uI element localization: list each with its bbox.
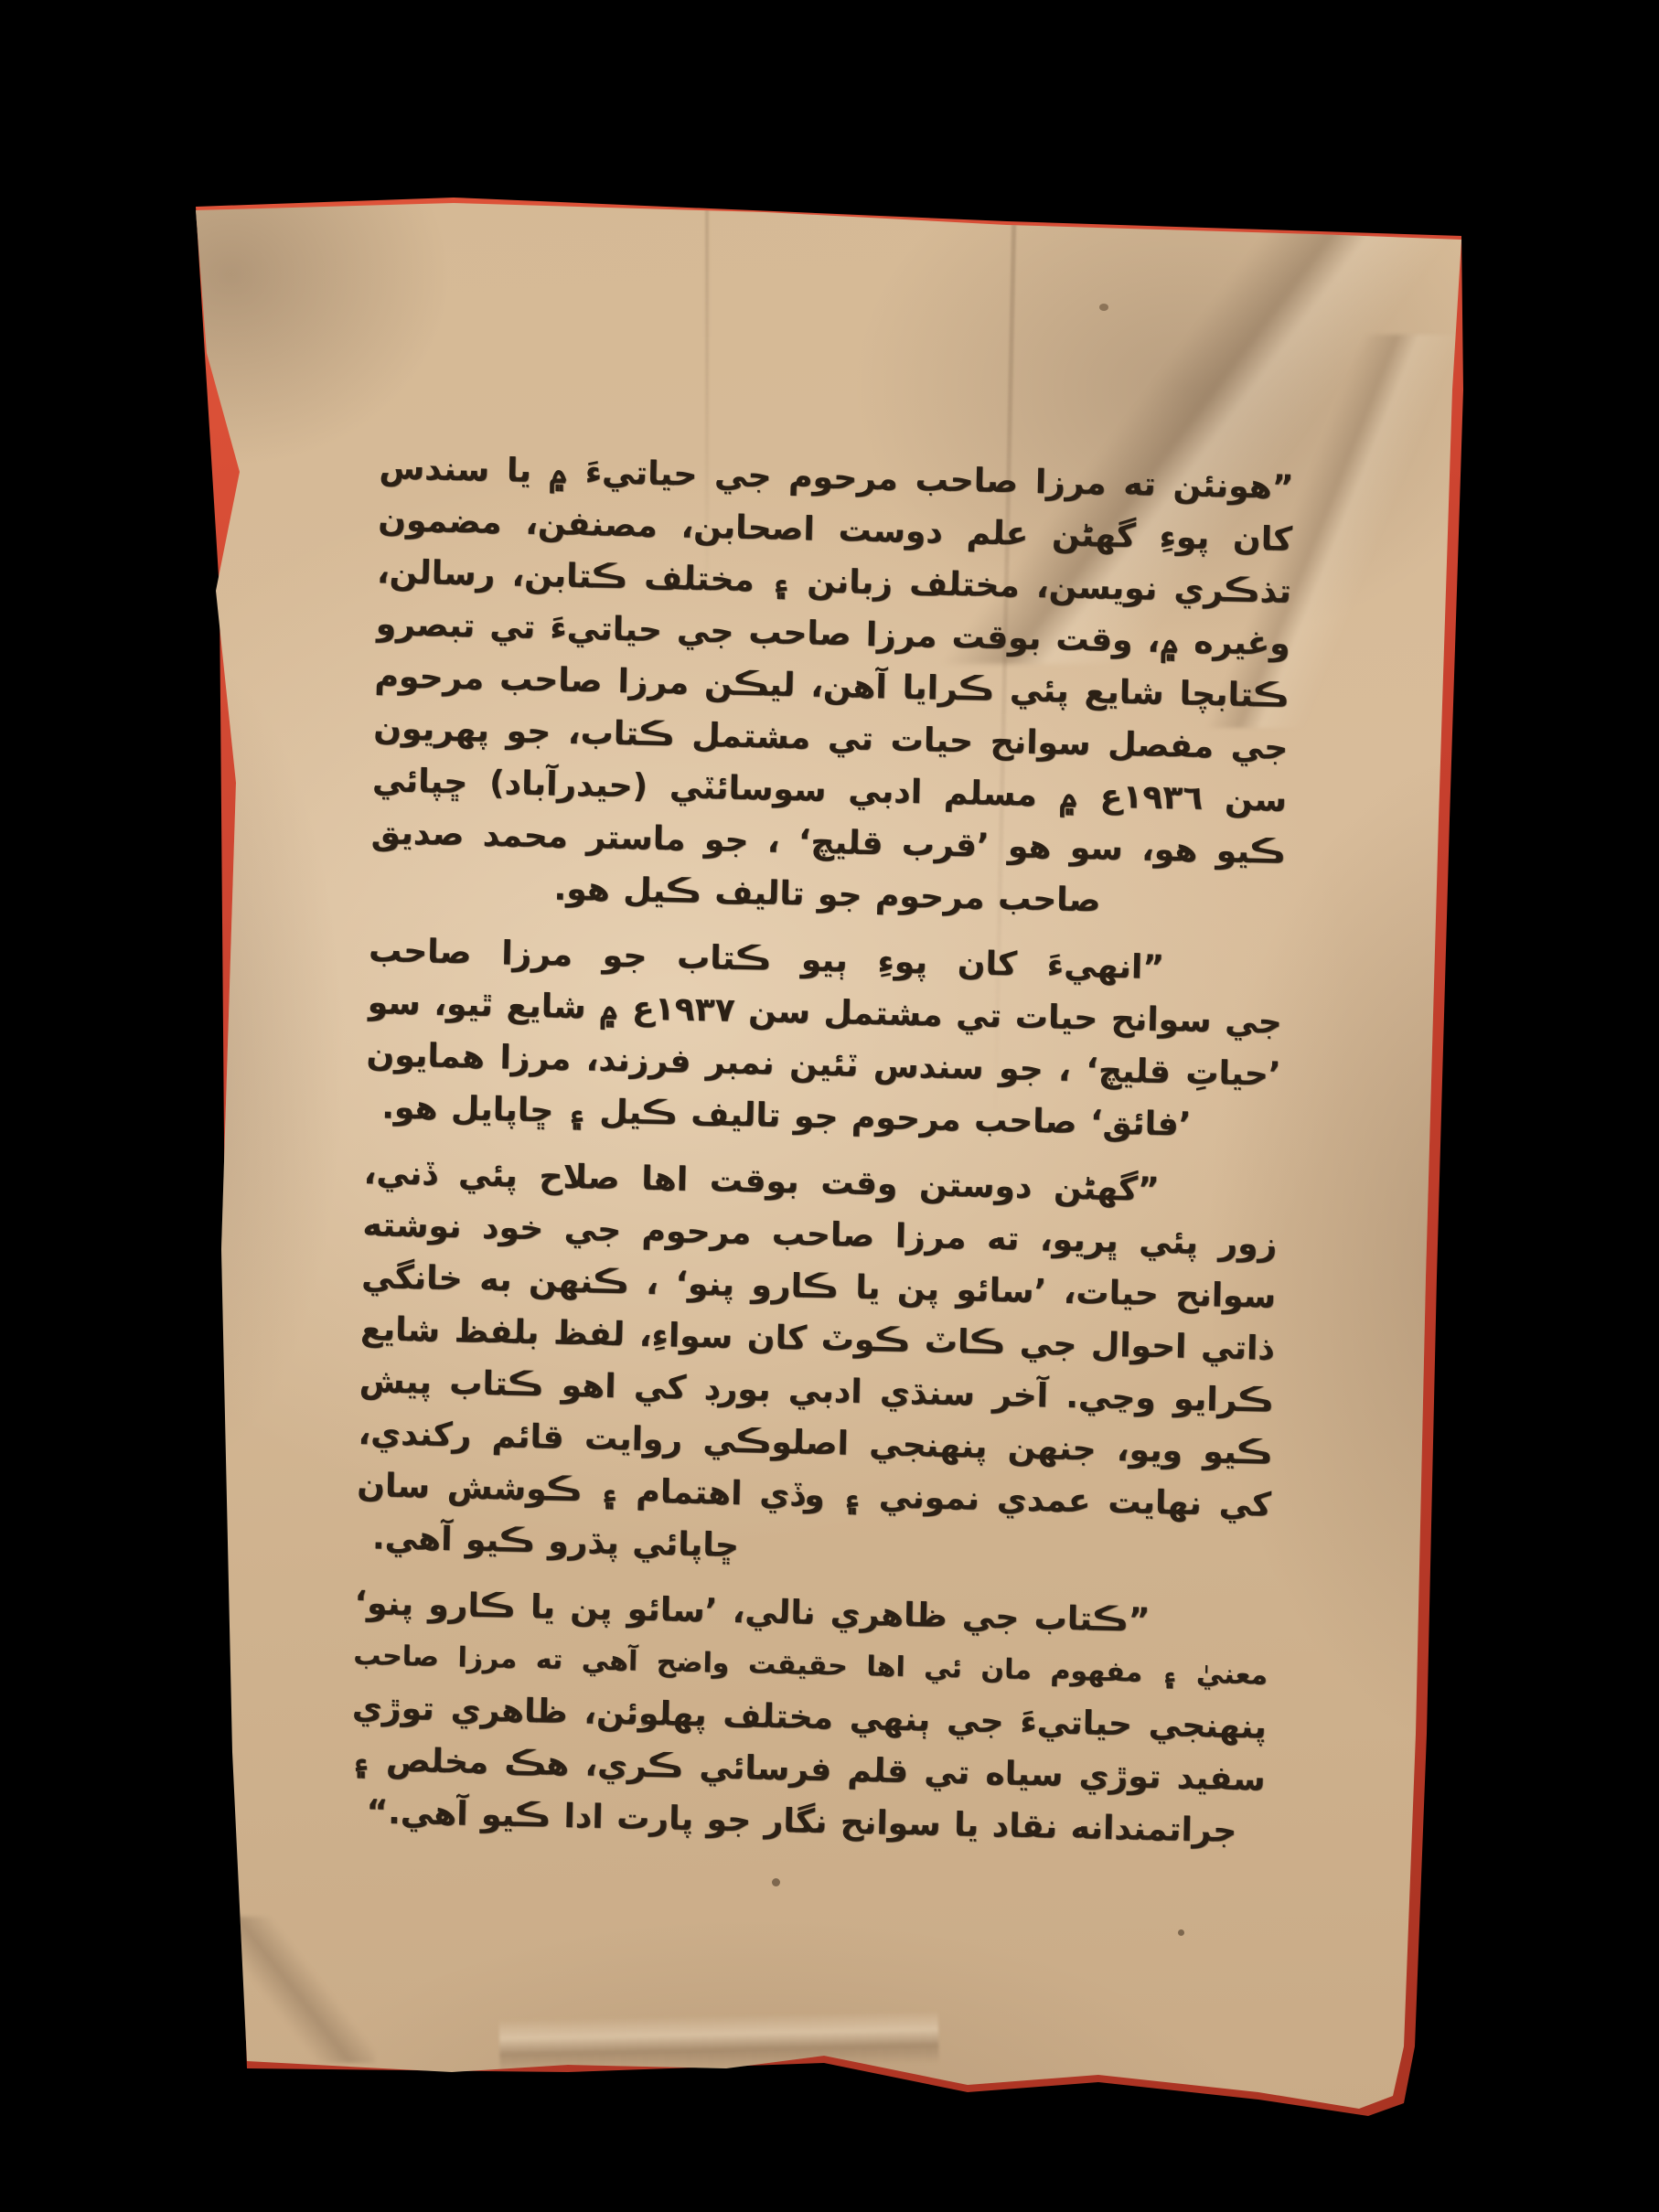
paragraph: ”گهڻن دوستن وقت بوقت اها صلاح پئي ڏني، ب… [355, 1147, 1279, 1584]
book-page: ”هونئن ته مرزا صاحب مرحوم جي حياتيءَ ۾ ي… [179, 198, 1471, 2118]
paper-crease-bottom [498, 1993, 939, 2073]
paper-speck [772, 1878, 780, 1886]
page-text: ”هونئن ته مرزا صاحب مرحوم جي حياتيءَ ۾ ي… [349, 442, 1294, 1857]
paragraph: ”انهيءَ کان پوءِ ٻيو ڪتاب جو مرزا صاحب م… [365, 924, 1284, 1153]
paper-crease-bottom-left [201, 1917, 375, 2063]
paragraph: ”هونئن ته مرزا صاحب مرحوم جي حياتيءَ ۾ ي… [369, 442, 1294, 931]
paragraph: ”ڪتاب جي ظاهري نالي، ’سائو پن يا ڪارو پن… [349, 1577, 1269, 1858]
photo-black-background: ”هونئن ته مرزا صاحب مرحوم جي حياتيءَ ۾ ي… [0, 0, 1659, 2212]
paper-speck [1178, 1929, 1184, 1936]
paper-speck [1099, 304, 1108, 311]
